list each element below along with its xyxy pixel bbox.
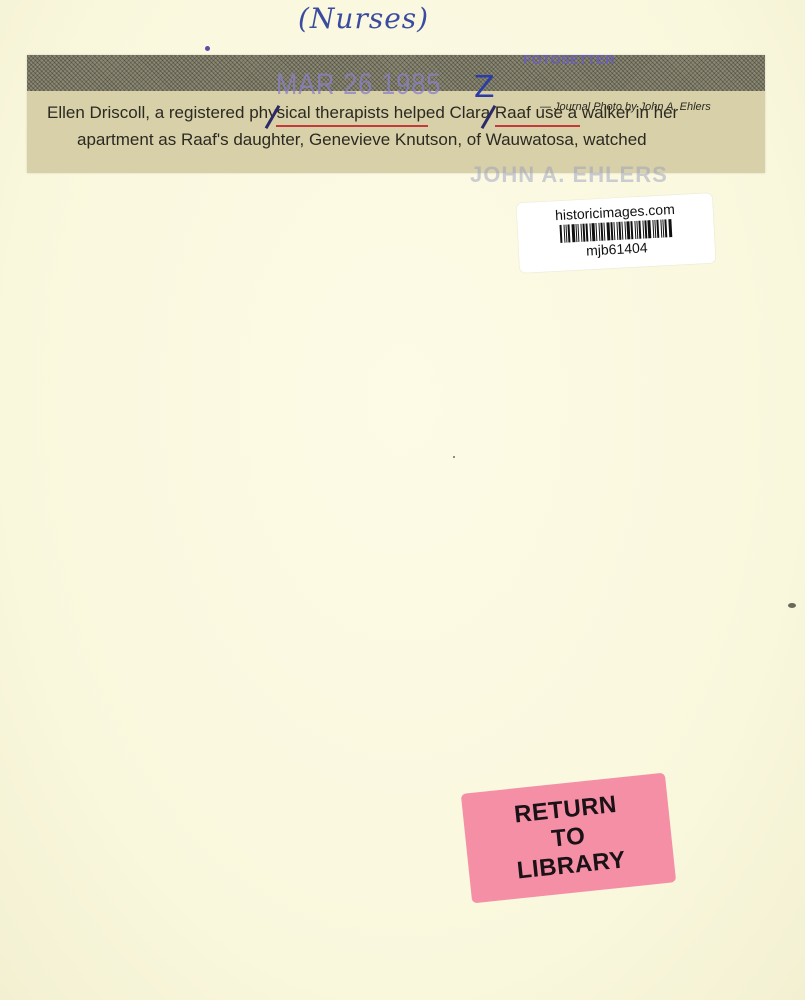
red-underline-clara-raaf — [495, 125, 580, 127]
handwritten-note: (Nurses) — [298, 2, 429, 35]
fotosetter-stamp: FOTOSETTER — [523, 52, 615, 67]
date-stamp: MAR 26 1985 — [276, 68, 441, 102]
speck — [788, 603, 796, 608]
sticker-line-3: LIBRARY — [516, 846, 628, 885]
margin-mark: Z — [474, 70, 495, 105]
bleed-through-text: JOHN A. EHLERS — [470, 162, 668, 188]
caption-line-2: apartment as Raaf's daughter, Genevieve … — [77, 130, 797, 150]
ink-dot — [205, 46, 210, 51]
barcode-label: historicimages.com mjb61404 — [516, 193, 715, 273]
red-underline-therapists — [276, 125, 428, 127]
speck — [453, 456, 455, 458]
return-to-library-sticker: RETURN TO LIBRARY — [461, 773, 676, 904]
sticker-line-2: TO — [550, 822, 587, 853]
caption-line-1: Ellen Driscoll, a registered physical th… — [47, 103, 767, 123]
